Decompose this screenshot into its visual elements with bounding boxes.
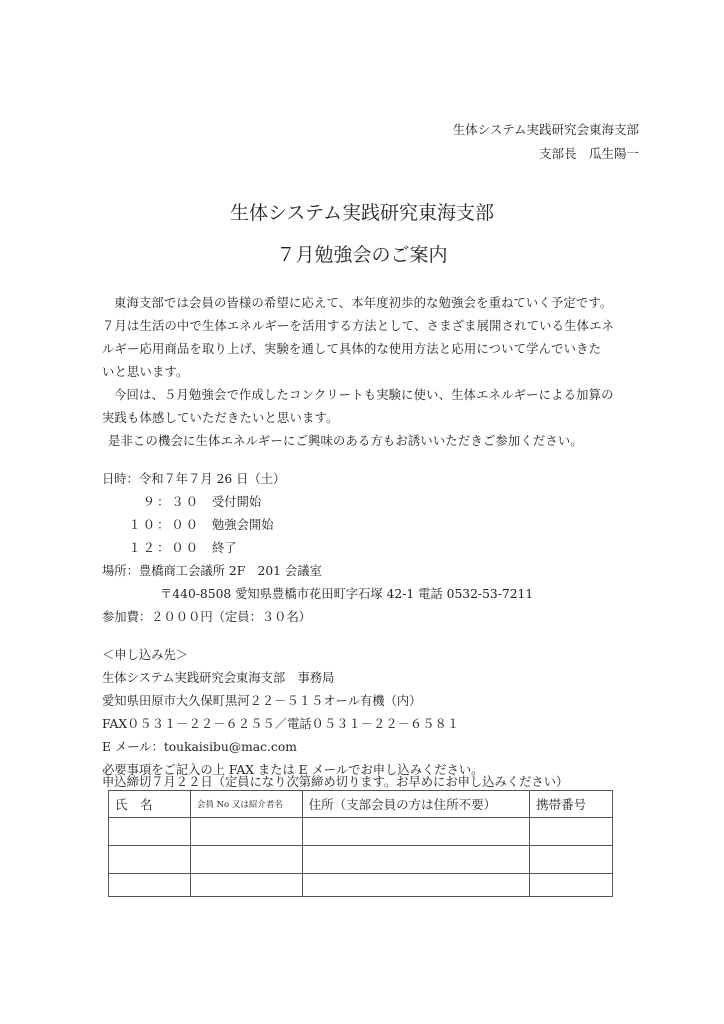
body-line: 是非この機会に生体エネルギーにご興味のある方もお誘いいただきご参加ください。 [108,431,583,449]
cell-name[interactable] [109,874,191,897]
application-form-table: 氏 名 会員 No 又は紹介者名 住所（支部会員の方は住所不要） 携帯番号 [108,790,613,897]
schedule-label: 終了 [212,541,237,555]
schedule-time: １０：００ [100,515,200,533]
table-row [109,874,613,897]
body-line: ７月は生活の中で生体エネルギーを活用する方法として、さまざま展開されている生体エ… [102,316,614,334]
application-office: 生体システム実践研究会東海支部 事務局 [102,668,334,686]
cell-name[interactable] [109,818,191,846]
event-date: 日時：令和７年７月 26 日（土） [102,469,285,487]
schedule-time: １２：００ [100,538,200,556]
cell-member-no[interactable] [190,818,302,846]
application-email: E メール：toukaisibu@mac.com [102,737,297,755]
application-deadline: 申込締切７月２２日（定員になり次第締め切ります。お早めにお申し込みください） [102,772,568,790]
schedule-label: 受付開始 [212,495,261,509]
sender-organization: 生体システム実践研究会東海支部 [453,120,639,138]
schedule-time: ９：３０ [100,492,200,510]
event-fee: 参加費：２０００円（定員：３０名） [102,607,311,625]
header-name: 氏 名 [109,791,191,818]
application-fax-tel: FAX０５３１－２２－６２５５／電話０５３１－２２－６５８１ [102,714,459,732]
body-line: 実践も体感していただきたいと思います。 [102,408,338,426]
schedule-item: １２：００終了 [100,538,237,556]
application-heading: ＜申し込み先＞ [102,645,188,663]
event-venue: 場所：豊橋商工会議所 2F 201 会議室 [102,561,322,579]
cell-mobile[interactable] [530,818,613,846]
cell-address[interactable] [302,818,529,846]
schedule-item: １０：００勉強会開始 [100,515,274,533]
cell-address[interactable] [302,846,529,874]
cell-mobile[interactable] [530,846,613,874]
event-address: 〒440-8508 愛知県豊橋市花田町字石塚 42-1 電話 0532-53-7… [160,584,533,602]
table-header-row: 氏 名 会員 No 又は紹介者名 住所（支部会員の方は住所不要） 携帯番号 [109,791,613,818]
page-subtitle: ７月勉強会のご案内 [0,240,724,267]
schedule-item: ９：３０受付開始 [100,492,261,510]
table-row [109,818,613,846]
sender-position-name: 支部長 瓜生陽一 [539,144,639,162]
cell-member-no[interactable] [190,874,302,897]
cell-name[interactable] [109,846,191,874]
body-line: 今回は、５月勉強会で作成したコンクリートも実験に使い、生体エネルギーによる加算の [114,385,614,403]
application-address: 愛知県田原市大久保町黒河２２－５１５オール有機（内） [102,691,421,709]
page-title: 生体システム実践研究東海支部 [0,198,724,225]
cell-member-no[interactable] [190,846,302,874]
header-mobile: 携帯番号 [530,791,613,818]
schedule-label: 勉強会開始 [212,518,274,532]
cell-address[interactable] [302,874,529,897]
header-member-no: 会員 No 又は紹介者名 [190,791,302,818]
cell-mobile[interactable] [530,874,613,897]
body-line: ルギー応用商品を取り上げ、実験を通して具体的な使用方法と応用について学んでいきた [102,339,601,357]
body-line: いと思います。 [102,362,189,380]
header-address: 住所（支部会員の方は住所不要） [302,791,529,818]
body-line: 東海支部では会員の皆様の希望に応えて、本年度初歩的な勉強会を重ねていく予定です。 [114,293,612,311]
table-row [109,846,613,874]
